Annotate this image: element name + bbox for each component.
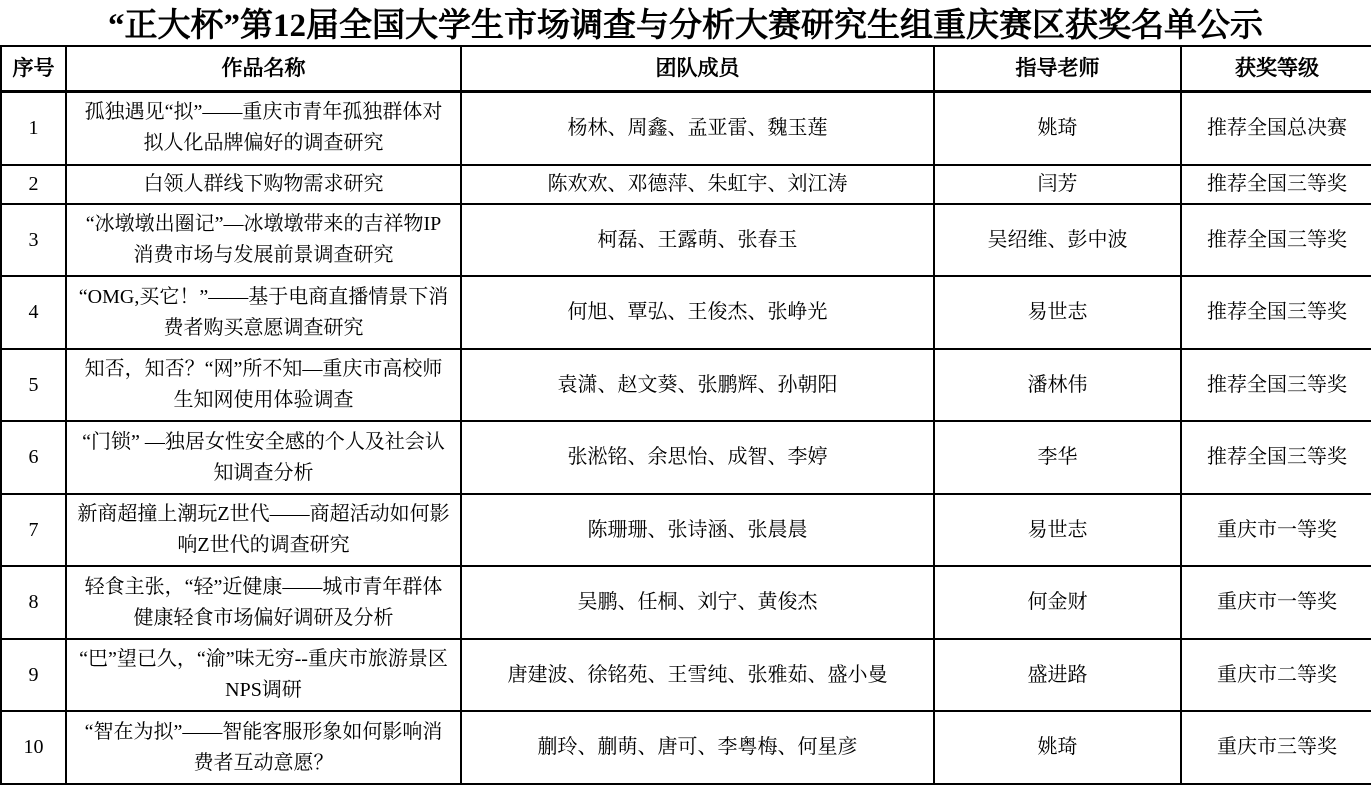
cell-no: 8	[1, 566, 66, 639]
cell-work-title: “冰墩墩出圈记”—冰墩墩带来的吉祥物IP消费市场与发展前景调查研究	[66, 204, 461, 277]
cell-team-members: 陈欢欢、邓德萍、朱虹宇、刘江涛	[461, 165, 934, 204]
cell-award-level: 推荐全国三等奖	[1181, 276, 1371, 349]
table-row: 7 新商超撞上潮玩Z世代——商超活动如何影响Z世代的调查研究 陈珊珊、张诗涵、张…	[1, 494, 1371, 567]
header-cell-advisor: 指导老师	[934, 46, 1181, 92]
cell-advisor: 易世志	[934, 276, 1181, 349]
cell-advisor: 何金财	[934, 566, 1181, 639]
header-row: 序号 作品名称 团队成员 指导老师 获奖等级	[1, 46, 1371, 92]
cell-team-members: 吴鹏、任桐、刘宁、黄俊杰	[461, 566, 934, 639]
cell-work-title: “智在为拟”——智能客服形象如何影响消费者互动意愿？	[66, 711, 461, 784]
cell-award-level: 重庆市二等奖	[1181, 639, 1371, 712]
cell-advisor: 闫芳	[934, 165, 1181, 204]
award-announcement-document: “正大杯”第12届全国大学生市场调查与分析大赛研究生组重庆赛区获奖名单公示 序号…	[0, 0, 1371, 785]
cell-work-title: 白领人群线下购物需求研究	[66, 165, 461, 204]
cell-no: 9	[1, 639, 66, 712]
cell-work-title: 知否，知否？“网”所不知—重庆市高校师生知网使用体验调查	[66, 349, 461, 422]
awards-table: 序号 作品名称 团队成员 指导老师 获奖等级 1 孤独遇见“拟”——重庆市青年孤…	[0, 45, 1371, 785]
table-row: 8 轻食主张，“轻”近健康——城市青年群体健康轻食市场偏好调研及分析 吴鹏、任桐…	[1, 566, 1371, 639]
cell-award-level: 推荐全国三等奖	[1181, 165, 1371, 204]
cell-advisor: 吴绍维、彭中波	[934, 204, 1181, 277]
cell-work-title: 孤独遇见“拟”——重庆市青年孤独群体对拟人化品牌偏好的调查研究	[66, 92, 461, 165]
table-row: 4 “OMG,买它！”——基于电商直播情景下消费者购买意愿调查研究 何旭、覃弘、…	[1, 276, 1371, 349]
table-header: 序号 作品名称 团队成员 指导老师 获奖等级	[1, 46, 1371, 92]
cell-no: 1	[1, 92, 66, 165]
cell-team-members: 张淞铭、余思怡、成智、李婷	[461, 421, 934, 494]
cell-team-members: 袁潇、赵文葵、张鹏辉、孙朝阳	[461, 349, 934, 422]
cell-team-members: 杨林、周鑫、孟亚雷、魏玉莲	[461, 92, 934, 165]
header-cell-no: 序号	[1, 46, 66, 92]
cell-team-members: 陈珊珊、张诗涵、张晨晨	[461, 494, 934, 567]
cell-advisor: 易世志	[934, 494, 1181, 567]
table-row: 10 “智在为拟”——智能客服形象如何影响消费者互动意愿？ 蒯玲、蒯萌、唐可、李…	[1, 711, 1371, 784]
cell-no: 6	[1, 421, 66, 494]
cell-no: 4	[1, 276, 66, 349]
cell-award-level: 重庆市一等奖	[1181, 566, 1371, 639]
cell-no: 2	[1, 165, 66, 204]
table-row: 5 知否，知否？“网”所不知—重庆市高校师生知网使用体验调查 袁潇、赵文葵、张鹏…	[1, 349, 1371, 422]
table-row: 9 “巴”望已久，“渝”味无穷--重庆市旅游景区NPS调研 唐建波、徐铭苑、王雪…	[1, 639, 1371, 712]
cell-no: 7	[1, 494, 66, 567]
cell-no: 10	[1, 711, 66, 784]
cell-award-level: 推荐全国三等奖	[1181, 204, 1371, 277]
cell-award-level: 重庆市一等奖	[1181, 494, 1371, 567]
cell-advisor: 姚琦	[934, 92, 1181, 165]
table-body: 1 孤独遇见“拟”——重庆市青年孤独群体对拟人化品牌偏好的调查研究 杨林、周鑫、…	[1, 92, 1371, 785]
cell-team-members: 唐建波、徐铭苑、王雪纯、张雅茹、盛小曼	[461, 639, 934, 712]
cell-team-members: 柯磊、王露萌、张春玉	[461, 204, 934, 277]
cell-award-level: 推荐全国三等奖	[1181, 421, 1371, 494]
cell-team-members: 何旭、覃弘、王俊杰、张峥光	[461, 276, 934, 349]
cell-no: 3	[1, 204, 66, 277]
table-row: 1 孤独遇见“拟”——重庆市青年孤独群体对拟人化品牌偏好的调查研究 杨林、周鑫、…	[1, 92, 1371, 165]
cell-advisor: 李华	[934, 421, 1181, 494]
cell-work-title: 轻食主张，“轻”近健康——城市青年群体健康轻食市场偏好调研及分析	[66, 566, 461, 639]
table-row: 2 白领人群线下购物需求研究 陈欢欢、邓德萍、朱虹宇、刘江涛 闫芳 推荐全国三等…	[1, 165, 1371, 204]
cell-work-title: “巴”望已久，“渝”味无穷--重庆市旅游景区NPS调研	[66, 639, 461, 712]
cell-advisor: 潘林伟	[934, 349, 1181, 422]
cell-work-title: “门锁” —独居女性安全感的个人及社会认知调查分析	[66, 421, 461, 494]
page-title: “正大杯”第12届全国大学生市场调查与分析大赛研究生组重庆赛区获奖名单公示	[0, 0, 1371, 45]
table-row: 6 “门锁” —独居女性安全感的个人及社会认知调查分析 张淞铭、余思怡、成智、李…	[1, 421, 1371, 494]
cell-no: 5	[1, 349, 66, 422]
cell-award-level: 重庆市三等奖	[1181, 711, 1371, 784]
header-cell-work: 作品名称	[66, 46, 461, 92]
header-cell-award: 获奖等级	[1181, 46, 1371, 92]
cell-work-title: 新商超撞上潮玩Z世代——商超活动如何影响Z世代的调查研究	[66, 494, 461, 567]
cell-work-title: “OMG,买它！”——基于电商直播情景下消费者购买意愿调查研究	[66, 276, 461, 349]
table-row: 3 “冰墩墩出圈记”—冰墩墩带来的吉祥物IP消费市场与发展前景调查研究 柯磊、王…	[1, 204, 1371, 277]
cell-award-level: 推荐全国总决赛	[1181, 92, 1371, 165]
cell-advisor: 姚琦	[934, 711, 1181, 784]
cell-advisor: 盛进路	[934, 639, 1181, 712]
header-cell-team: 团队成员	[461, 46, 934, 92]
cell-award-level: 推荐全国三等奖	[1181, 349, 1371, 422]
cell-team-members: 蒯玲、蒯萌、唐可、李粤梅、何星彦	[461, 711, 934, 784]
